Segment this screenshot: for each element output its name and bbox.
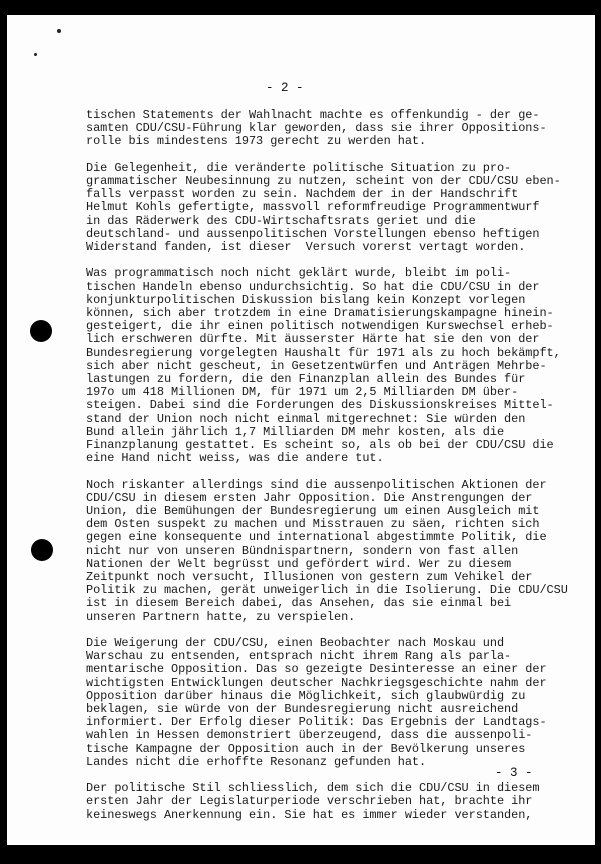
text-line: Bundesregierung vorgelegten Haushalt für…	[86, 347, 586, 360]
footer-page-number: - 3 -	[495, 766, 533, 780]
scan-speck	[34, 53, 37, 56]
text-line: Noch riskanter allerdings sind die ausse…	[86, 479, 586, 492]
text-line: wahlen in Hessen demonstriert überzeugen…	[86, 729, 586, 742]
paragraph: Die Weigerung der CDU/CSU, einen Beobach…	[86, 637, 586, 769]
text-line: lich erschweren dürfte. Mit äusserster H…	[86, 333, 586, 346]
text-line: steigen. Dabei sind die Forderungen des …	[86, 399, 586, 412]
text-line: rolle bis mindestens 1973 gerecht zu wer…	[86, 135, 586, 148]
text-line: gegen eine konsequente und international…	[86, 531, 586, 544]
paragraph: Was programmatisch noch nicht geklärt wu…	[86, 267, 586, 465]
header-page-number: - 2 -	[266, 81, 304, 95]
paragraph: Der politische Stil schliesslich, dem si…	[86, 782, 586, 822]
scan-speck	[57, 29, 61, 33]
text-line: mentarische Opposition. Das so gezeigte …	[86, 663, 586, 676]
text-line: in das Räderwerk des CDU-Wirtschaftsrats…	[86, 215, 586, 228]
text-line: Widerstand fanden, ist dieser Versuch vo…	[86, 241, 586, 254]
paragraph: tischen Statements der Wahlnacht machte …	[86, 109, 586, 149]
text-line: Helmut Kohls gefertigte, massvoll reform…	[86, 201, 586, 214]
text-line: tischen Handeln ebenso undurchsichtig. S…	[86, 281, 586, 294]
text-line: tische Kampagne der Opposition auch in d…	[86, 743, 586, 756]
text-line: eine Hand nicht weiss, was die andere tu…	[86, 452, 586, 465]
punch-hole-top	[30, 320, 52, 342]
text-line: wichtigsten Entwicklungen deutscher Nach…	[86, 677, 586, 690]
text-line: unseren Partnern hatte, zu verspielen.	[86, 611, 586, 624]
paragraph: Die Gelegenheit, die veränderte politisc…	[86, 162, 586, 254]
text-line: stand der Union noch nicht einmal mitger…	[86, 413, 586, 426]
paragraph: Noch riskanter allerdings sind die ausse…	[86, 479, 586, 624]
text-line: keineswegs Anerkennung ein. Sie hat es i…	[86, 809, 586, 822]
text-line: ist in diesem Bereich dabei, das Ansehen…	[86, 597, 586, 610]
text-line: nicht nur von unseren Bündnispartnern, s…	[86, 545, 586, 558]
punch-hole-bottom	[31, 539, 53, 561]
body-text: tischen Statements der Wahlnacht machte …	[86, 109, 586, 835]
document-page: - 2 - tischen Statements der Wahlnacht m…	[7, 15, 595, 845]
text-line: Was programmatisch noch nicht geklärt wu…	[86, 267, 586, 280]
text-line: ersten Jahr der Legislaturperiode versch…	[86, 795, 586, 808]
